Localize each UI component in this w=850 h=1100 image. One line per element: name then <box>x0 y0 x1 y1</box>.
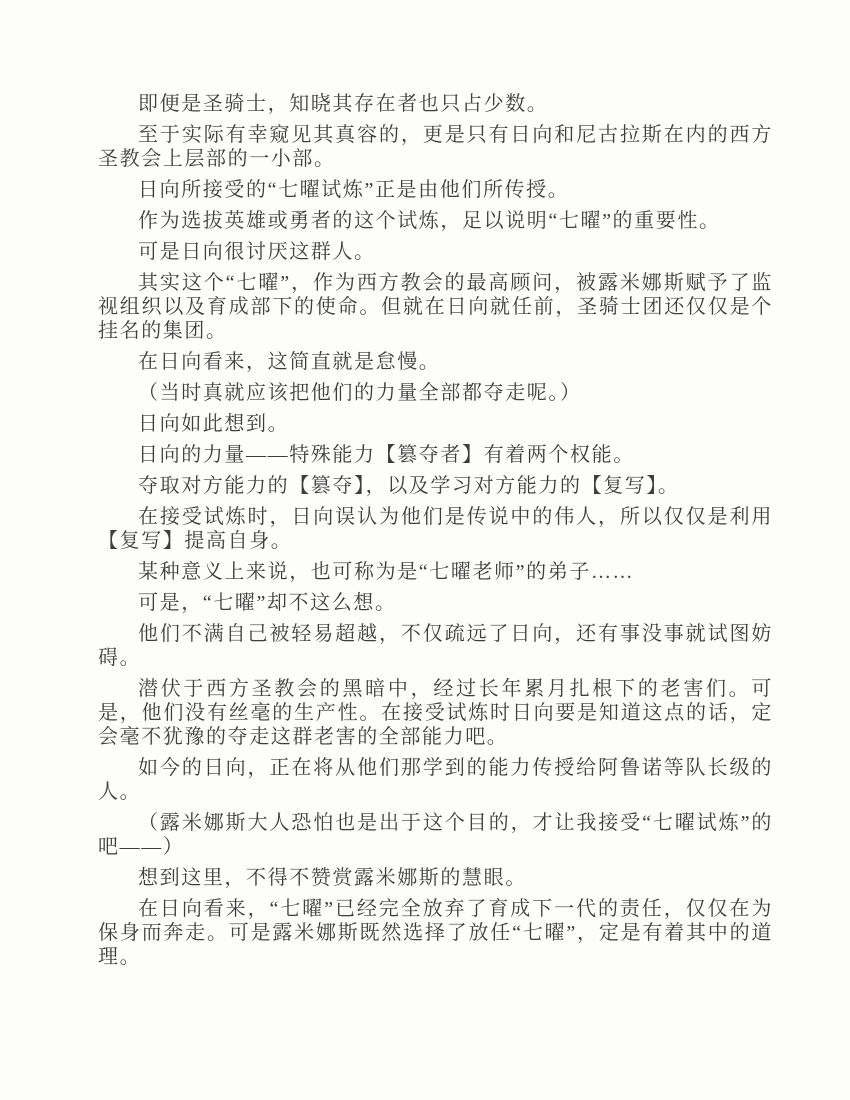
paragraph: 日向如此想到。 <box>98 412 773 436</box>
paragraph: 他们不满自己被轻易超越，不仅疏远了日向，还有事没事就试图妨碍。 <box>98 622 773 670</box>
paragraph: 作为选拔英雄或勇者的这个试炼，足以说明“七曜”的重要性。 <box>98 209 773 233</box>
paragraph: 夺取对方能力的【篡夺】，以及学习对方能力的【复写】。 <box>98 474 773 498</box>
paragraph: （当时真就应该把他们的力量全部都夺走呢。） <box>98 381 773 405</box>
paragraph: 在日向看来，“七曜”已经完全放弃了育成下一代的责任，仅仅在为保身而奔走。可是露米… <box>98 897 773 969</box>
paragraph: 可是，“七曜”却不这么想。 <box>98 591 773 615</box>
paragraph: 想到这里，不得不赞赏露米娜斯的慧眼。 <box>98 866 773 890</box>
paragraph: 在日向看来，这简直就是怠慢。 <box>98 350 773 374</box>
paragraph: 即便是圣骑士，知晓其存在者也只占少数。 <box>98 92 773 116</box>
paragraph: 至于实际有幸窥见其真容的，更是只有日向和尼古拉斯在内的西方圣教会上层部的一小部。 <box>98 123 773 171</box>
paragraph: （露米娜斯大人恐怕也是出于这个目的，才让我接受“七曜试炼”的吧——） <box>98 811 773 859</box>
paragraph: 日向的力量——特殊能力【篡夺者】有着两个权能。 <box>98 443 773 467</box>
paragraph: 其实这个“七曜”，作为西方教会的最高顾问，被露米娜斯赋予了监视组织以及育成部下的… <box>98 271 773 343</box>
paragraph: 可是日向很讨厌这群人。 <box>98 240 773 264</box>
paragraph: 某种意义上来说，也可称为是“七曜老师”的弟子…… <box>98 560 773 584</box>
document-page: 即便是圣骑士，知晓其存在者也只占少数。至于实际有幸窥见其真容的，更是只有日向和尼… <box>0 0 850 1100</box>
paragraph: 潜伏于西方圣教会的黑暗中，经过长年累月扎根下的老害们。可是，他们没有丝毫的生产性… <box>98 677 773 749</box>
body-text: 即便是圣骑士，知晓其存在者也只占少数。至于实际有幸窥见其真容的，更是只有日向和尼… <box>98 92 773 976</box>
paragraph: 如今的日向，正在将从他们那学到的能力传授给阿鲁诺等队长级的人。 <box>98 756 773 804</box>
paragraph: 在接受试炼时，日向误认为他们是传说中的伟人，所以仅仅是利用【复写】提高自身。 <box>98 505 773 553</box>
paragraph: 日向所接受的“七曜试炼”正是由他们所传授。 <box>98 178 773 202</box>
